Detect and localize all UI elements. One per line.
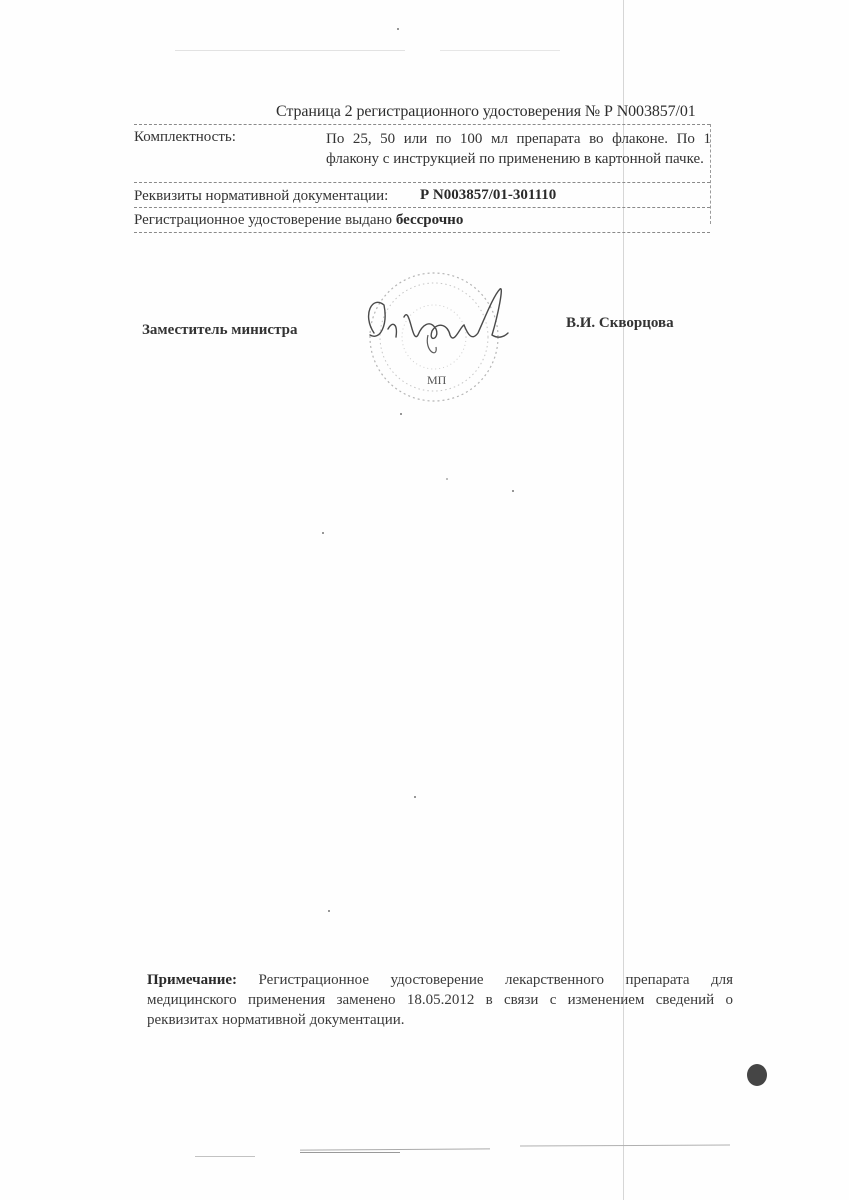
scan-speck <box>322 532 324 534</box>
table-divider <box>134 124 710 125</box>
validity-row: Регистрационное удостоверение выдано бес… <box>134 212 463 229</box>
scan-noise <box>520 1144 730 1146</box>
scan-speck <box>397 28 399 30</box>
signer-title: Заместитель министра <box>142 322 297 339</box>
scan-noise <box>175 50 405 51</box>
table-border-right <box>710 124 711 224</box>
hole-punch-mark <box>747 1064 767 1086</box>
scan-noise <box>440 50 560 51</box>
scan-speck <box>512 490 514 492</box>
document-page: Страница 2 регистрационного удостоверени… <box>0 0 849 1200</box>
completeness-label: Комплектность: <box>134 129 236 146</box>
note-paragraph: Примечание: Регистрационное удостоверени… <box>147 970 733 1030</box>
table-divider <box>134 207 710 208</box>
note-label: Примечание: <box>147 972 237 988</box>
validity-prefix: Регистрационное удостоверение выдано <box>134 212 392 228</box>
validity-value: бессрочно <box>396 212 464 228</box>
scan-noise <box>300 1152 400 1153</box>
page-header: Страница 2 регистрационного удостоверени… <box>276 103 696 121</box>
table-divider <box>134 182 710 183</box>
completeness-value: По 25, 50 или по 100 мл препарата во фла… <box>326 129 711 169</box>
normative-docs-value: Р N003857/01-301110 <box>420 187 556 204</box>
scan-speck <box>446 478 448 480</box>
normative-docs-label: Реквизиты нормативной документации: <box>134 188 388 205</box>
table-divider <box>134 232 710 233</box>
signer-name: В.И. Скворцова <box>566 315 674 332</box>
scan-speck <box>400 413 402 415</box>
stamp-label: МП <box>427 373 446 388</box>
scan-noise <box>300 1148 490 1150</box>
scan-noise <box>195 1156 255 1157</box>
scan-speck <box>328 910 330 912</box>
scan-speck <box>414 796 416 798</box>
